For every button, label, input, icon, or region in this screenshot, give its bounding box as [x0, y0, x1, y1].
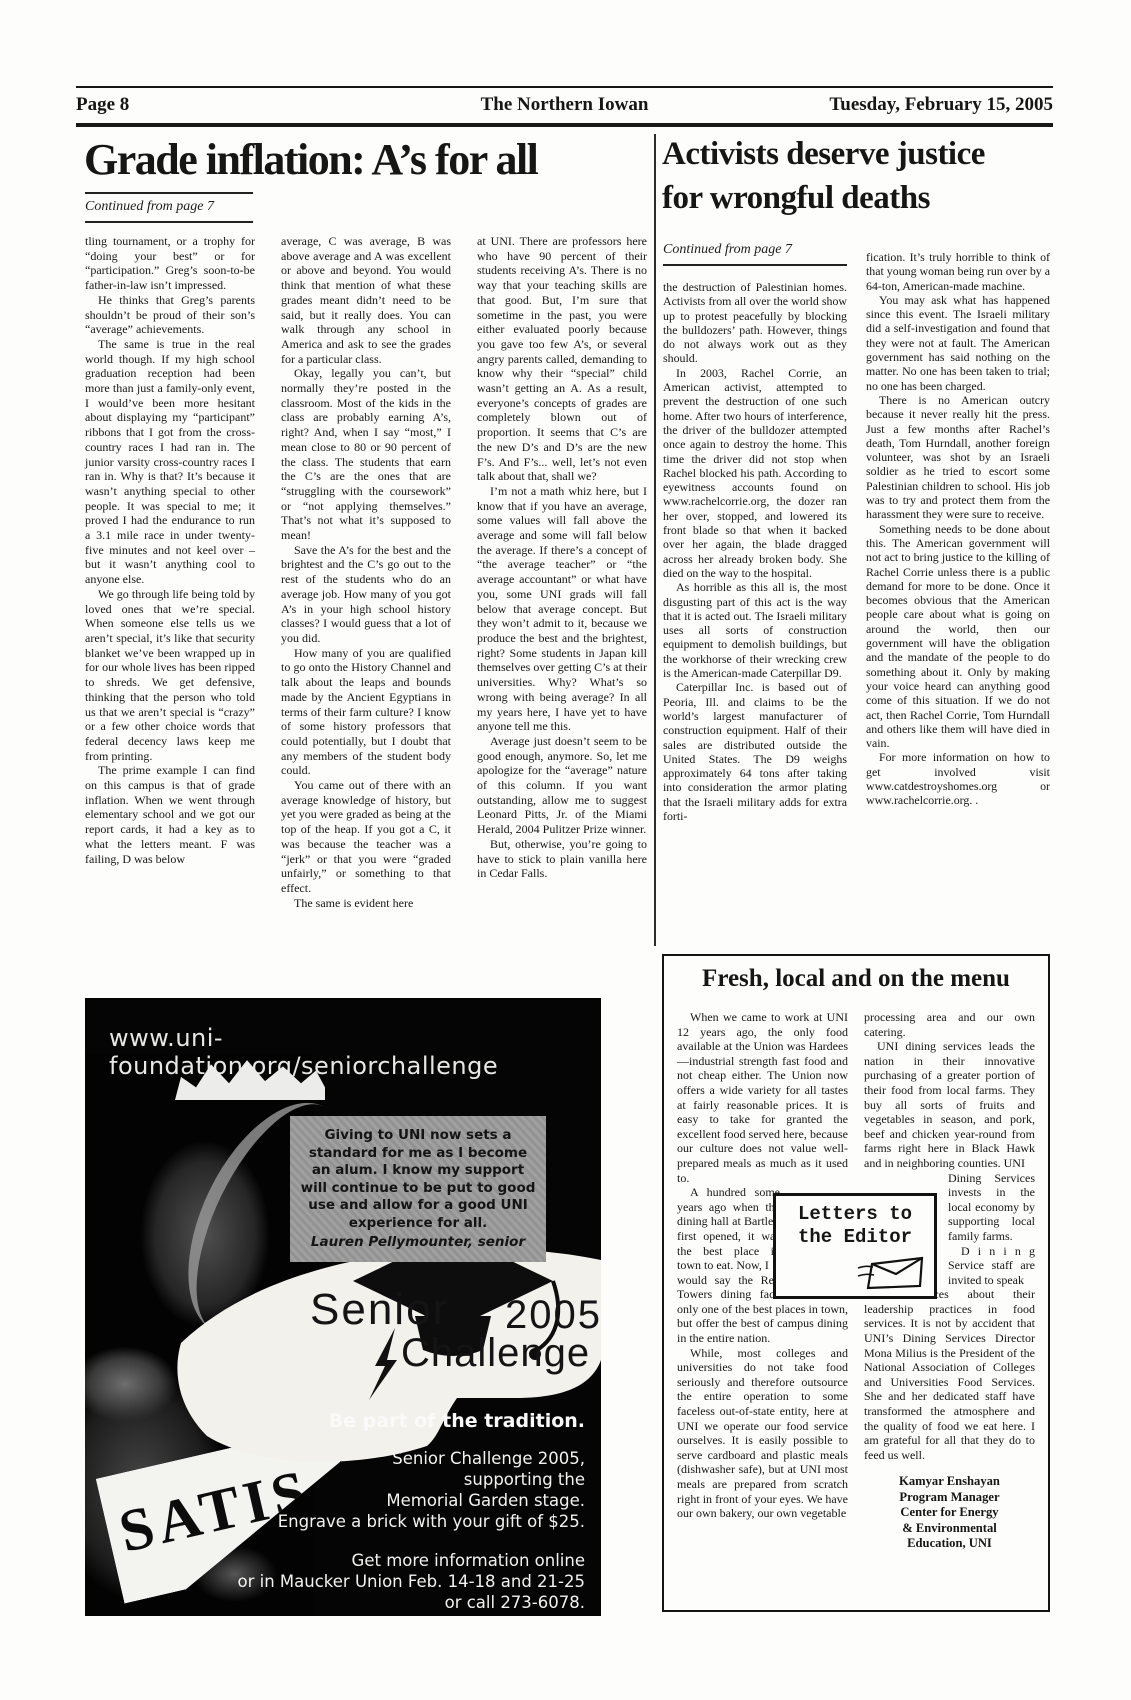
envelope-icon — [856, 1254, 928, 1292]
paragraph: In 2003, Rachel Corrie, an American acti… — [663, 366, 847, 580]
letters-to-editor-box: Letters to the Editor — [773, 1193, 937, 1299]
grade-continued-note: Continued from page 7 — [85, 192, 253, 223]
paragraph: The same is true in the real world thoug… — [85, 337, 255, 587]
top-rule — [76, 86, 1053, 88]
paragraph: Caterpillar Inc. is based out of Peoria,… — [663, 680, 847, 823]
paragraph: average, C was average, B was above aver… — [281, 234, 451, 366]
paragraph: Senior Challenge 2005, — [278, 1448, 585, 1469]
letters-box-line1: Letters to — [776, 1203, 934, 1226]
paragraph: Save the A’s for the best and the bright… — [281, 543, 451, 646]
letters-box-line2: the Editor — [776, 1226, 934, 1249]
grade-column-1: tling tournament, or a trophy for “doing… — [85, 234, 255, 910]
paragraph: Program Manager — [864, 1490, 1035, 1506]
senior-challenge-ad: www.uni-foundation.org/seniorchallenge S… — [85, 998, 601, 1616]
paragraph: The prime example I can find on this cam… — [85, 763, 255, 866]
activists-article-headline: Activists deserve justice for wrongful d… — [662, 132, 1052, 220]
activists-headline-line2: for wrongful deaths — [662, 176, 1052, 220]
page-header: Page 8 The Northern Iowan Tuesday, Febru… — [76, 94, 1053, 120]
lightning-bolt-icon — [369, 1328, 397, 1400]
header-rule — [76, 123, 1053, 127]
paragraph: at conferences about their leadership pr… — [864, 1287, 1035, 1462]
issue-date: Tuesday, February 15, 2005 — [829, 94, 1053, 116]
column-segment: When we came to work at UNI 12 years ago… — [677, 1010, 848, 1185]
paragraph: fication. It’s truly horrible to think o… — [866, 250, 1050, 293]
activists-continued-note: Continued from page 7 — [663, 242, 847, 266]
newspaper-page: Page 8 The Northern Iowan Tuesday, Febru… — [0, 0, 1131, 1700]
column-segment-beside-box: A hundred some years ago when the dining… — [677, 1185, 780, 1273]
ad-tagline: Be part of the tradition. — [329, 1410, 585, 1432]
ad-contact-info: Get more information onlineor in Maucker… — [238, 1550, 585, 1613]
grade-article-body: tling tournament, or a trophy for “doing… — [85, 234, 647, 910]
ad-quote-attribution: Lauren Pellymounter, senior — [299, 1234, 537, 1252]
paragraph: processing area and our own catering. — [864, 1010, 1035, 1039]
ad-quote-box: Giving to UNI now sets a standard for me… — [290, 1116, 546, 1262]
paragraph: How many of you are qualified to go onto… — [281, 646, 451, 778]
paragraph: Okay, legally you can’t, but normally th… — [281, 366, 451, 542]
grade-column-3: at UNI. There are professors here who ha… — [477, 234, 647, 910]
column-divider — [654, 134, 656, 946]
ad-quote-text: Giving to UNI now sets a standard for me… — [301, 1127, 536, 1231]
activists-column-1: the destruction of Palestinian homes. Ac… — [663, 280, 847, 823]
column-segment: would say the Redeker and the Towers din… — [677, 1273, 848, 1521]
paragraph: You came out of there with an average kn… — [281, 778, 451, 896]
paragraph: D i n i n g Service staff are invited to… — [948, 1244, 1035, 1288]
paragraph: Average just doesn’t seem to be good eno… — [477, 734, 647, 837]
paragraph: at UNI. There are professors here who ha… — [477, 234, 647, 484]
logo-year: 2005 — [505, 1293, 601, 1337]
paragraph: Kamyar Enshayan — [864, 1474, 1035, 1490]
grade-column-2: average, C was average, B was above aver… — [281, 234, 451, 910]
paragraph: But, otherwise, you’re going to have to … — [477, 837, 647, 881]
paragraph: Dining Services invests in the local eco… — [948, 1171, 1035, 1244]
letter-signature: Kamyar EnshayanProgram ManagerCenter for… — [864, 1474, 1035, 1552]
paragraph: Memorial Garden stage. — [278, 1490, 585, 1511]
paragraph: While, most colleges and universities do… — [677, 1346, 848, 1521]
paragraph: The same is evident here — [281, 896, 451, 911]
menu-article-headline: Fresh, local and on the menu — [664, 965, 1048, 993]
ad-url: www.uni-foundation.org/seniorchallenge — [109, 1024, 601, 1080]
paragraph: UNI dining services leads the nation in … — [864, 1039, 1035, 1170]
paragraph: or in Maucker Union Feb. 14-18 and 21-25 — [238, 1571, 585, 1592]
paragraph: For more information on how to get invol… — [866, 750, 1050, 807]
paragraph: & Environmental — [864, 1521, 1035, 1537]
paragraph: or call 273-6078. — [238, 1592, 585, 1613]
column-segment-beside-box: Dining Services invests in the local eco… — [948, 1171, 1035, 1288]
paragraph: He thinks that Greg’s parents shouldn’t … — [85, 293, 255, 337]
paragraph: We go through life being told by loved o… — [85, 587, 255, 763]
menu-article-box: Fresh, local and on the menu When we cam… — [662, 954, 1050, 1612]
grade-article-headline: Grade inflation: A’s for all — [84, 134, 650, 185]
column-segment: at conferences about their leadership pr… — [864, 1287, 1035, 1462]
paragraph: Engrave a brick with your gift of $25. — [278, 1511, 585, 1532]
paragraph: tling tournament, or a trophy for “doing… — [85, 234, 255, 293]
paragraph: I’m not a math whiz here, but I know tha… — [477, 484, 647, 734]
paragraph: the destruction of Palestinian homes. Ac… — [663, 280, 847, 366]
paragraph: Something needs to be done about this. T… — [866, 522, 1050, 751]
logo-word-senior: Senior — [310, 1285, 449, 1334]
activists-column-2: fication. It’s truly horrible to think o… — [866, 250, 1050, 808]
paragraph: Education, UNI — [864, 1536, 1035, 1552]
paragraph: There is no American outcry because it n… — [866, 393, 1050, 522]
activists-headline-line1: Activists deserve justice — [662, 132, 1052, 176]
logo-word-challenge: Challenge — [401, 1331, 590, 1375]
paragraph: You may ask what has happened since this… — [866, 293, 1050, 393]
paragraph: Get more information online — [238, 1550, 585, 1571]
paragraph: A hundred some years ago when the dining… — [677, 1185, 780, 1273]
paragraph: When we came to work at UNI 12 years ago… — [677, 1010, 848, 1185]
column-segment: processing area and our own catering.UNI… — [864, 1010, 1035, 1171]
ad-details: Senior Challenge 2005,supporting theMemo… — [278, 1448, 585, 1532]
paragraph: Center for Energy — [864, 1505, 1035, 1521]
paragraph: supporting the — [278, 1469, 585, 1490]
paragraph: As horrible as this all is, the most dis… — [663, 580, 847, 680]
